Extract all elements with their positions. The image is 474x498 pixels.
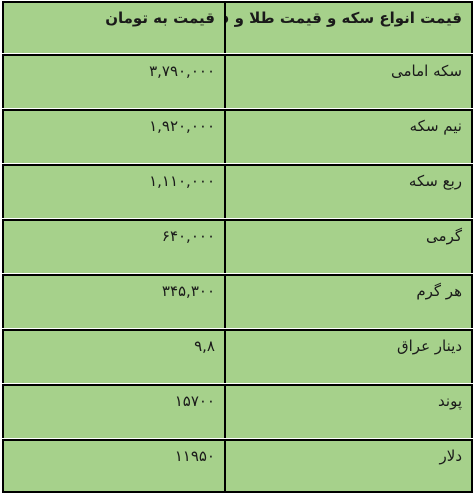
table-row: پوند ۱۵۷۰۰ <box>2 384 473 438</box>
header-cell-price-in-toman: قیمت به تومان <box>2 1 224 53</box>
item-price-cell: ۳۴۵,۳۰۰ <box>2 274 224 328</box>
item-price-cell: ۳,۷۹۰,۰۰۰ <box>2 54 224 108</box>
gold-currency-price-table: قیمت انواع سکه و قیمت طلا و قیمت ارز قیم… <box>2 0 473 494</box>
price-table-body: قیمت انواع سکه و قیمت طلا و قیمت ارز قیم… <box>2 1 473 493</box>
item-name-cell: هر گرم <box>224 274 473 328</box>
item-price-cell: ۶۴۰,۰۰۰ <box>2 219 224 273</box>
table-row: هر گرم ۳۴۵,۳۰۰ <box>2 274 473 328</box>
item-name-cell: گرمی <box>224 219 473 273</box>
header-cell-item-types: قیمت انواع سکه و قیمت طلا و قیمت ارز <box>224 1 473 53</box>
item-name-cell: دلار <box>224 439 473 493</box>
table-row: نیم سکه ۱,۹۲۰,۰۰۰ <box>2 109 473 163</box>
item-name-cell: سکه امامی <box>224 54 473 108</box>
item-name-cell: ربع سکه <box>224 164 473 218</box>
item-price-cell: ۱۱۹۵۰ <box>2 439 224 493</box>
item-name-cell: پوند <box>224 384 473 438</box>
item-name-cell: دینار عراق <box>224 329 473 383</box>
item-name-cell: نیم سکه <box>224 109 473 163</box>
table-row: ربع سکه ۱,۱۱۰,۰۰۰ <box>2 164 473 218</box>
table-row: دلار ۱۱۹۵۰ <box>2 439 473 493</box>
table-row: گرمی ۶۴۰,۰۰۰ <box>2 219 473 273</box>
table-row: دینار عراق ۹,۸ <box>2 329 473 383</box>
item-price-cell: ۱,۱۱۰,۰۰۰ <box>2 164 224 218</box>
item-price-cell: ۱,۹۲۰,۰۰۰ <box>2 109 224 163</box>
header-row: قیمت انواع سکه و قیمت طلا و قیمت ارز قیم… <box>2 1 473 53</box>
item-price-cell: ۱۵۷۰۰ <box>2 384 224 438</box>
table-row: سکه امامی ۳,۷۹۰,۰۰۰ <box>2 54 473 108</box>
item-price-cell: ۹,۸ <box>2 329 224 383</box>
